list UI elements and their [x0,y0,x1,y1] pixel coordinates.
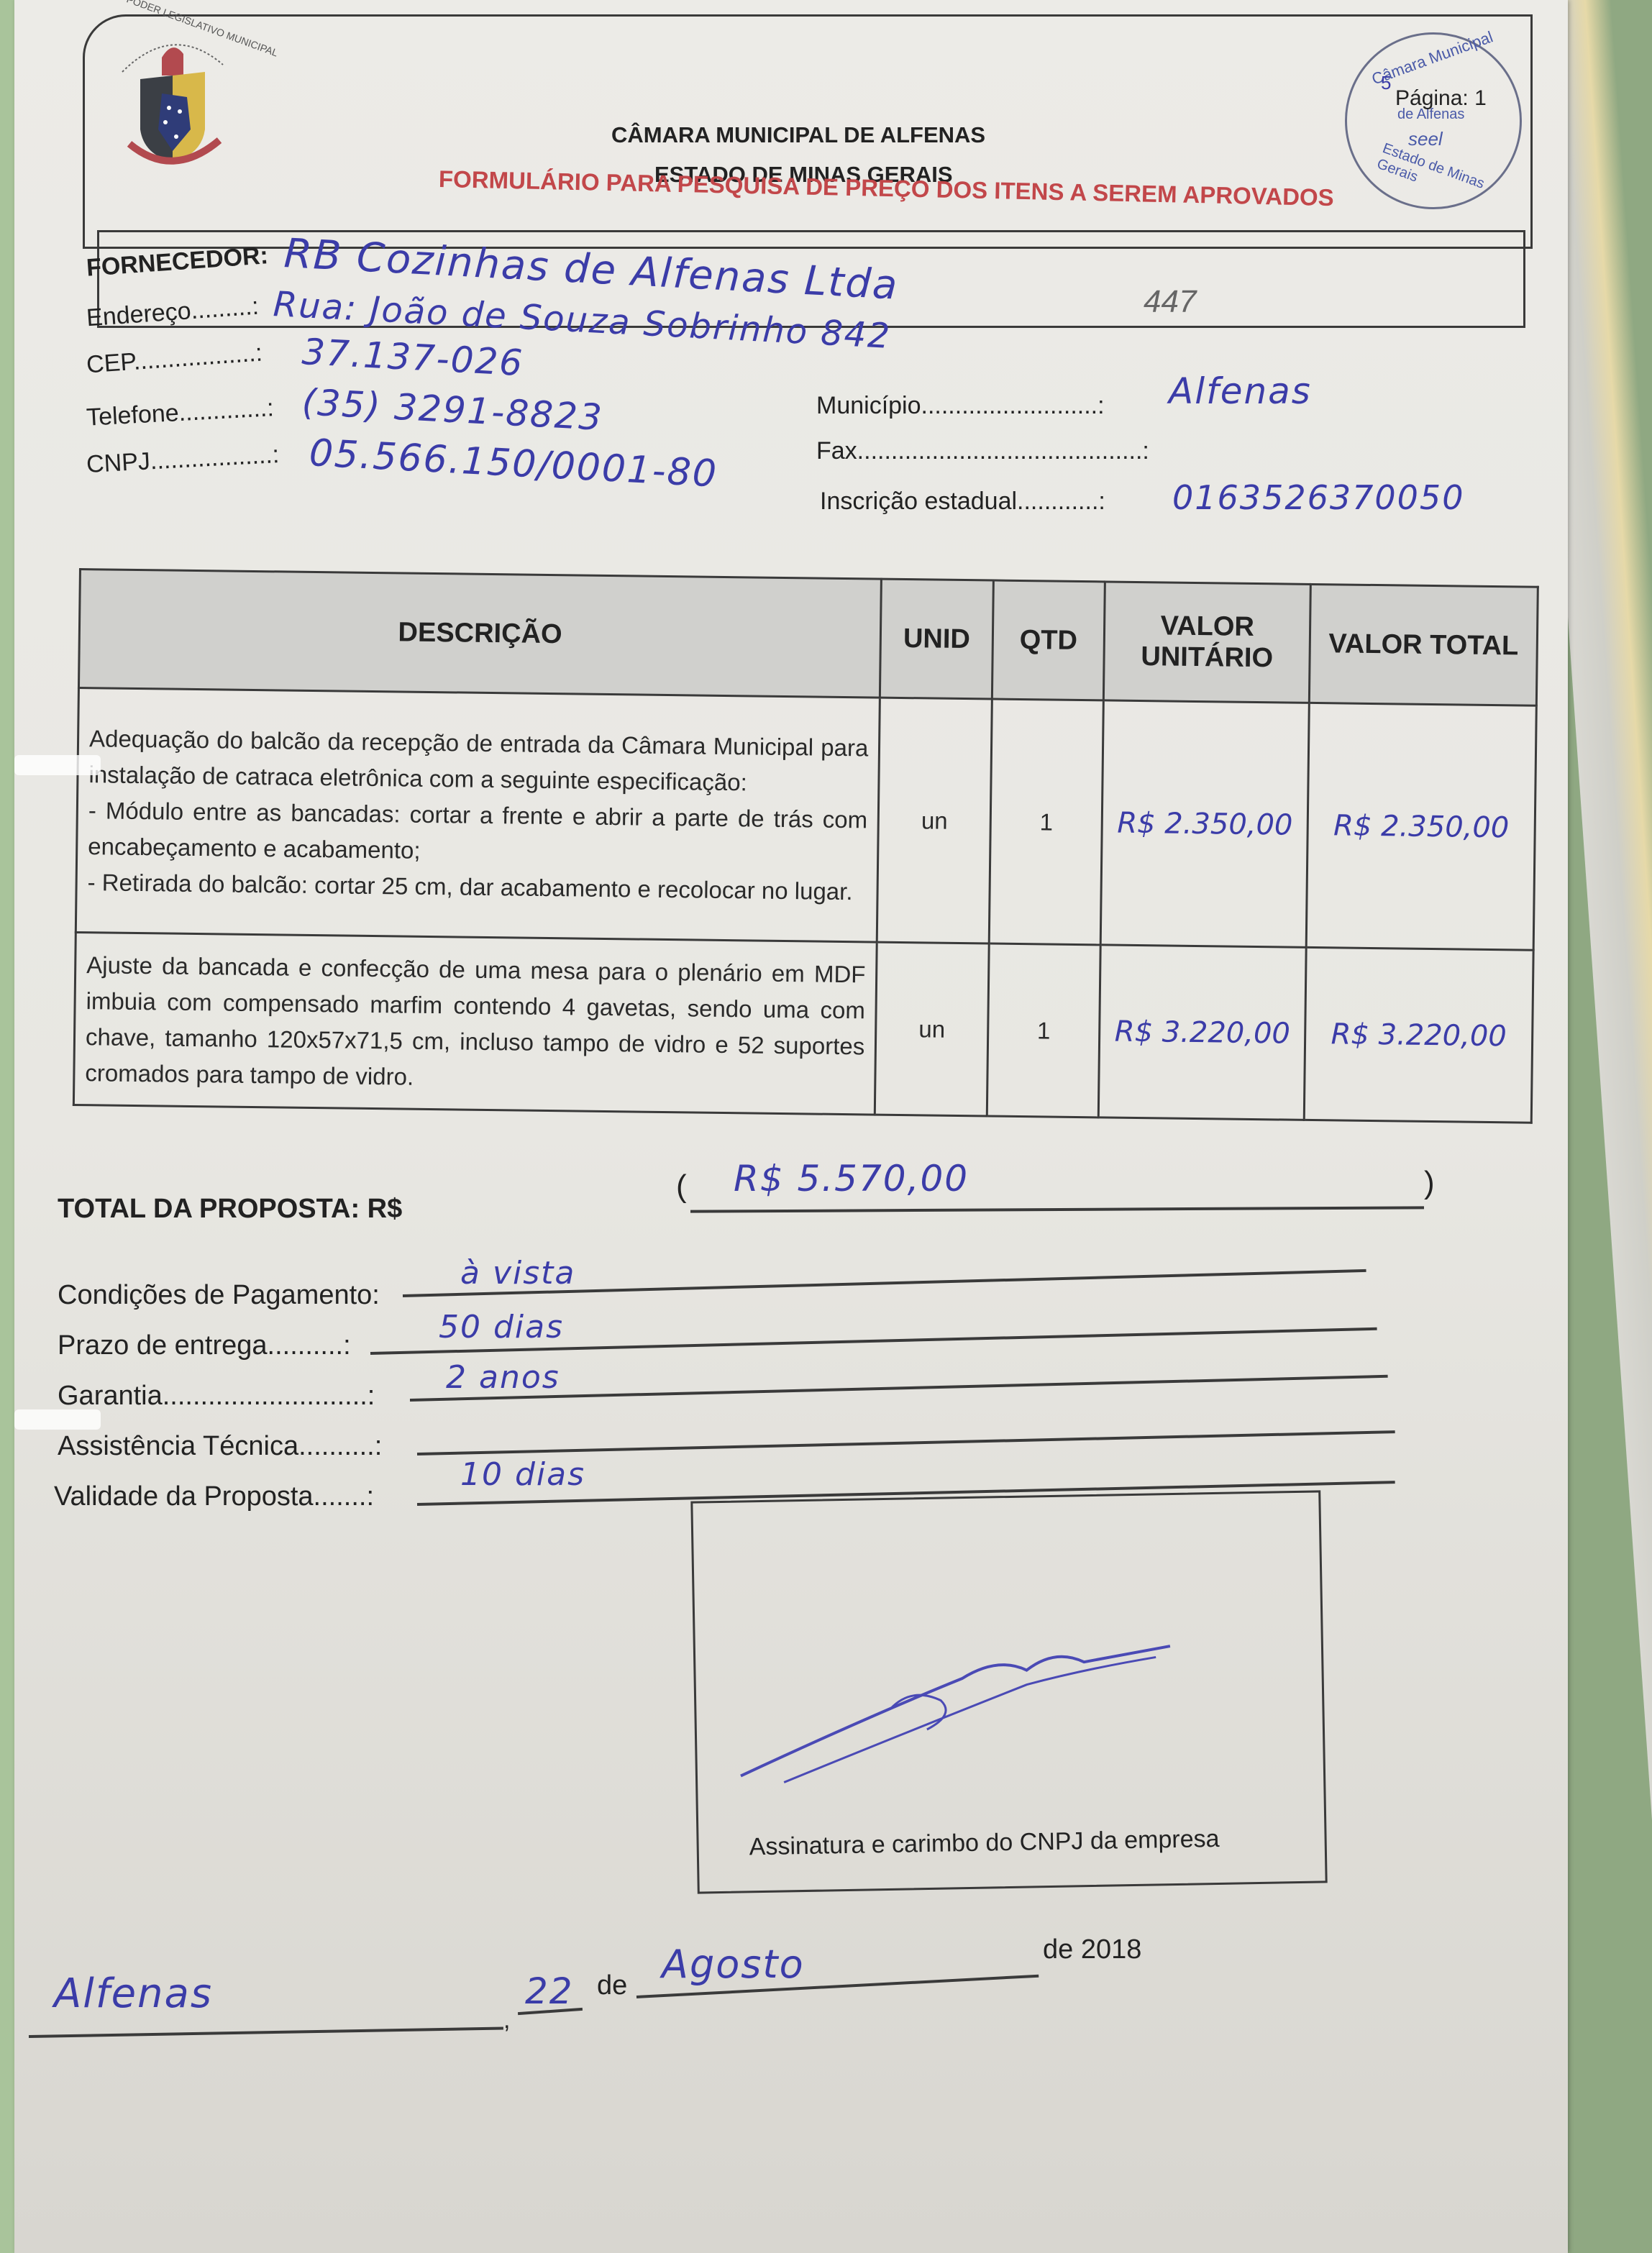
item-quantity: 1 [989,699,1104,945]
table-row: Adequação do balcão da recepção de entra… [76,688,1536,951]
signature-box[interactable]: Assinatura e carimbo do CNPJ da empresa [690,1490,1327,1893]
total-value[interactable]: R$ 5.570,00 [734,1158,969,1199]
col-valor-total: VALOR TOTAL [1309,584,1538,705]
prazo-value[interactable]: 50 dias [439,1309,564,1345]
page-number: Página: 1 [1395,86,1487,111]
cep-label: CEP..................: [86,339,263,380]
total-open-paren: ( [676,1169,687,1205]
stamp-signature: seel [1408,128,1443,150]
coat-of-arms-logo [115,29,230,173]
official-stamp: Câmara Municipal de Alfenas seel Estado … [1345,32,1522,209]
municipio-label: Município..........................: [816,392,1105,420]
organization-title: CÂMARA MUNICIPAL DE ALFENAS [611,122,985,148]
inscricao-estadual-value[interactable]: 0163526370050 [1172,478,1464,517]
assistencia-line [417,1430,1395,1455]
col-qtd: QTD [992,580,1105,700]
item-unit: un [877,698,992,943]
validade-label: Validade da Proposta.......: [54,1481,374,1512]
table-header-row: DESCRIÇÃO UNID QTD VALOR UNITÁRIO VALOR … [78,570,1538,706]
item-unit: un [875,942,989,1116]
pagamento-label: Condições de Pagamento: [58,1280,380,1311]
signature-caption: Assinatura e carimbo do CNPJ da empresa [749,1825,1219,1861]
prazo-label: Prazo de entrega..........: [58,1330,351,1361]
garantia-value[interactable]: 2 anos [446,1359,560,1396]
col-unid: UNID [880,579,993,699]
total-label: TOTAL DA PROPOSTA: R$ [58,1194,402,1225]
garantia-label: Garantia...........................: [58,1381,375,1412]
item-unit-price[interactable]: R$ 2.350,00 [1100,700,1309,947]
table-row: Ajuste da bancada e confecção de uma mes… [73,932,1533,1123]
cnpj-label: CNPJ..................: [86,441,280,479]
telefone-value[interactable]: (35) 3291-8823 [301,381,604,439]
telefone-label: Telefone.............: [86,394,274,432]
item-quantity: 1 [987,943,1100,1118]
col-valor-unitario: VALOR UNITÁRIO [1104,582,1311,703]
page-number-handwritten: 5 [1381,72,1391,94]
item-total-price[interactable]: R$ 2.350,00 [1306,703,1536,950]
assistencia-label: Assistência Técnica..........: [58,1431,382,1462]
total-underline [690,1206,1424,1212]
date-year: de 2018 [1043,1934,1141,1965]
item-description-text: Adequação do balcão da recepção de entra… [88,725,868,795]
item-spec-2: - Retirada do balcão: cortar 25 cm, dar … [87,869,852,905]
date-city[interactable]: Alfenas [54,1970,213,2017]
item-total-price[interactable]: R$ 3.220,00 [1304,947,1533,1123]
col-descricao: DESCRIÇÃO [78,570,881,698]
item-description: Adequação do balcão da recepção de entra… [76,688,880,943]
item-spec-1: - Módulo entre as bancadas: cortar a fre… [88,797,867,864]
date-day[interactable]: 22 [525,1970,574,2012]
signature-scribble [724,1639,1187,1791]
pagamento-value[interactable]: à vista [460,1255,575,1292]
binder-clip [14,755,101,775]
fornecedor-note: 447 [1144,284,1196,320]
date-de-label: de [597,1970,627,2001]
cep-value[interactable]: 37.137-026 [301,331,524,384]
item-unit-price[interactable]: R$ 3.220,00 [1098,945,1306,1120]
item-description: Ajuste da bancada e confecção de uma mes… [73,932,877,1115]
date-comma: , [503,2006,510,2034]
validade-value[interactable]: 10 dias [460,1456,585,1493]
date-city-line [29,2026,503,2038]
municipio-value[interactable]: Alfenas [1169,370,1312,412]
binder-clip [14,1409,101,1430]
fax-label: Fax.....................................… [816,437,1149,465]
date-month[interactable]: Agosto [662,1942,805,1987]
total-close-paren: ) [1424,1165,1435,1201]
items-table: DESCRIÇÃO UNID QTD VALOR UNITÁRIO VALOR … [73,568,1539,1124]
cnpj-value[interactable]: 05.566.150/0001-80 [308,431,718,496]
inscricao-estadual-label: Inscrição estadual............: [820,488,1105,516]
form-page: PODER LEGISLATIVO MUNICIPAL CÂMARA MUNIC… [14,0,1568,2253]
